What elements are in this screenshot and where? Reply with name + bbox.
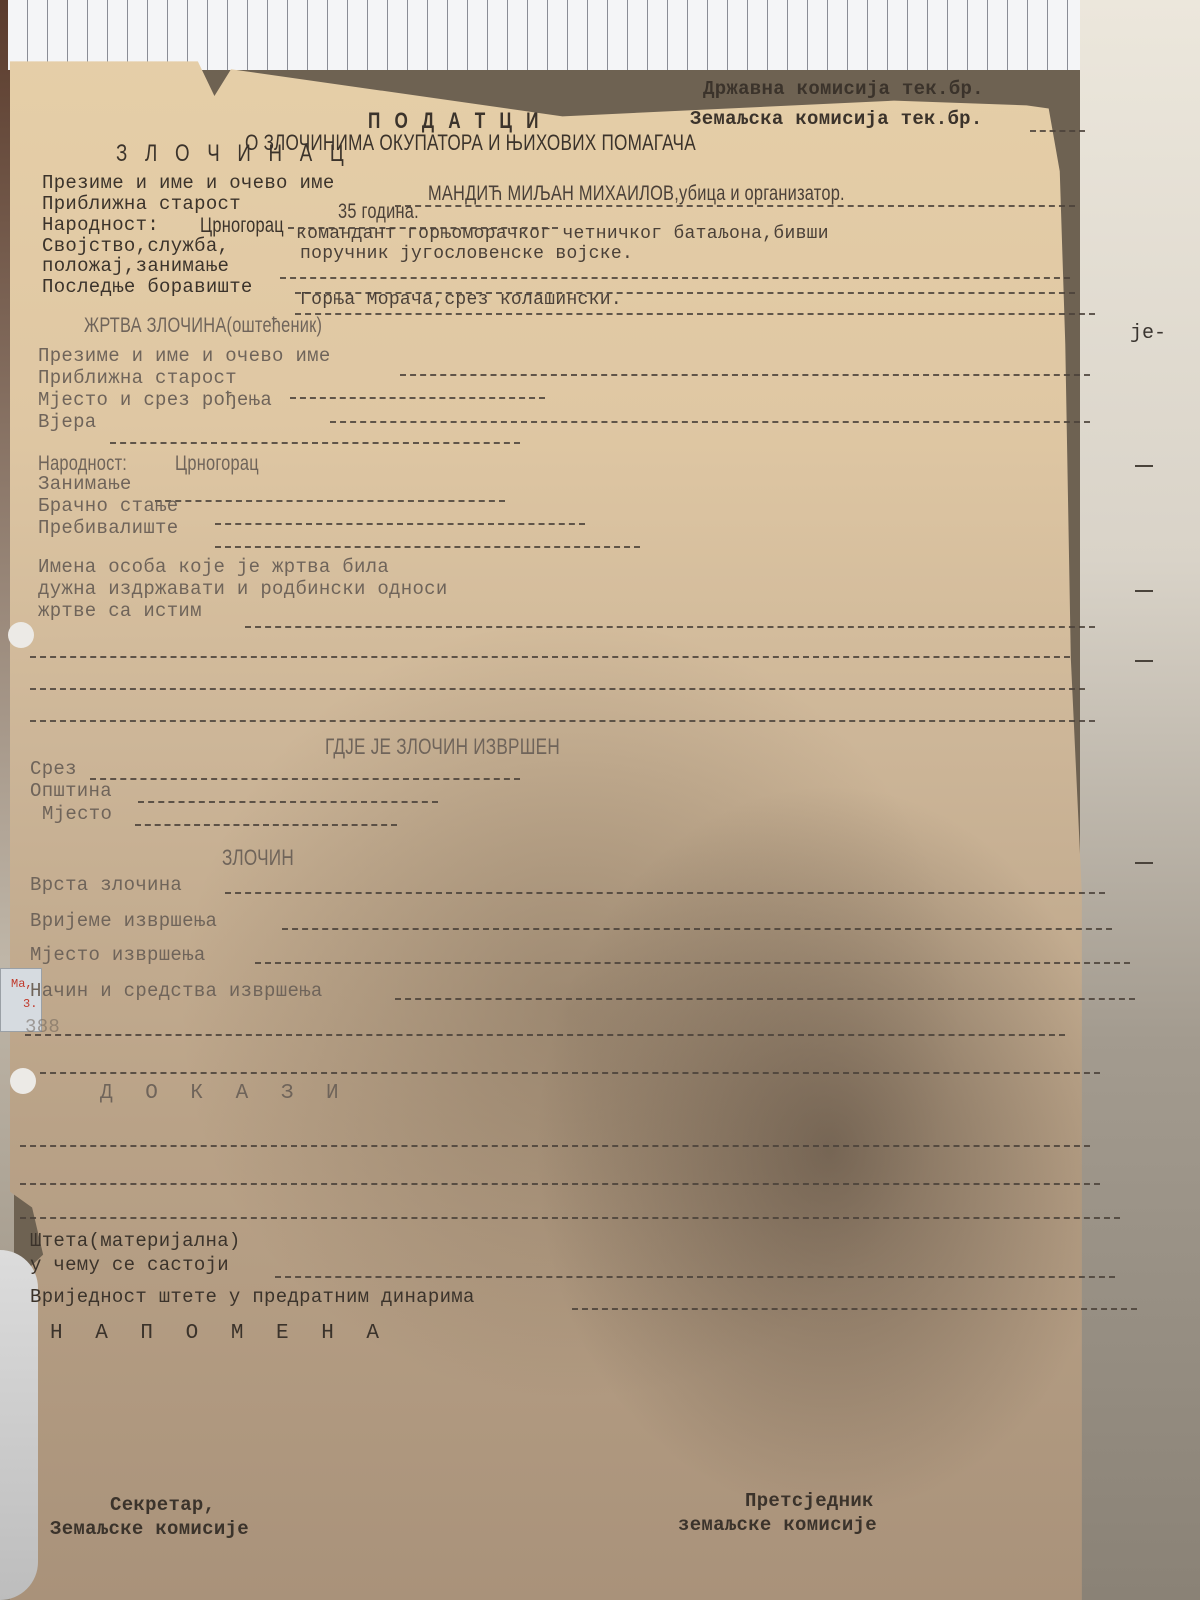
adjacent-page-mark: [1135, 660, 1153, 662]
victim-dependents-field[interactable]: [245, 626, 1095, 628]
crime-place-label: Мјесто извршења: [30, 944, 206, 966]
punch-hole: [10, 1068, 36, 1094]
president-signature-label: Претсједник: [745, 1490, 874, 1512]
perpetrator-residence-label: Последње боравиште: [42, 276, 253, 298]
victim-age-field[interactable]: [290, 397, 545, 399]
damage-value-field[interactable]: [572, 1308, 1137, 1310]
perpetrator-role-value: командант горњоморачког четничког батаљо…: [296, 224, 829, 244]
crime-method-label: Начин и средства извршења: [30, 980, 323, 1002]
perpetrator-position-label: положај,занимање: [42, 255, 229, 277]
crime-type-field[interactable]: [225, 892, 1105, 894]
punch-hole: [8, 622, 34, 648]
location-municipality-label: Општина: [30, 780, 112, 802]
state-commission-ref: Државна комисија тек.бр.: [703, 78, 984, 100]
location-place-label: Мјесто: [42, 803, 112, 825]
crime-method-field[interactable]: [395, 998, 1135, 1000]
secretary-signature-label: Земаљске комисије: [50, 1518, 249, 1540]
crime-method-field[interactable]: [25, 1034, 1065, 1036]
damage-consists-field[interactable]: [275, 1276, 1115, 1278]
perpetrator-age-label: Приближна старост: [42, 193, 241, 215]
adjacent-page: је-: [1080, 0, 1200, 1600]
perpetrator-role-label: Својство,служба,: [42, 235, 229, 257]
perpetrator-heading: З Л О Ч И Н А Ц: [116, 140, 350, 168]
perpetrator-residence-field-top: [295, 292, 1075, 294]
victim-religion-label: Вјера: [38, 411, 97, 433]
victim-dependents-label: жртве са истим: [38, 600, 202, 622]
perpetrator-residence-field[interactable]: [295, 313, 1095, 315]
perpetrator-name-field[interactable]: [395, 205, 1075, 207]
victim-marital-field[interactable]: [215, 523, 585, 525]
perpetrator-position-field[interactable]: [280, 277, 1070, 279]
victim-dependents-label: Имена особа које је жртва била: [38, 556, 389, 578]
victim-marital-label: Брачно стање: [38, 495, 178, 517]
perpetrator-name-label: Презиме и име и очево име: [42, 172, 335, 194]
crime-method-field[interactable]: [40, 1072, 1100, 1074]
victim-heading: ЖРТВА ЗЛОЧИНА(оштећеник): [84, 314, 322, 338]
note-heading: Н А П О М Е Н А: [50, 1322, 389, 1345]
background-notebook-page: [8, 0, 1098, 70]
perpetrator-name-value: МАНДИЋ МИЉАН МИХАИЛОВ,убица и организато…: [428, 182, 845, 206]
victim-occupation-field[interactable]: [155, 500, 505, 502]
adjacent-page-mark: [1135, 465, 1153, 467]
victim-name-label: Презиме и име и очево име: [38, 345, 331, 367]
damage-heading: Штета(материјална): [30, 1230, 241, 1252]
crime-place-field[interactable]: [255, 962, 1130, 964]
crime-time-field[interactable]: [282, 928, 1112, 930]
victim-occupation-label: Занимање: [38, 473, 132, 495]
victim-dependents-field[interactable]: [30, 720, 1095, 722]
location-district-label: Срез: [30, 758, 77, 780]
perpetrator-age-value: 35 година.: [338, 200, 419, 224]
crime-heading: ЗЛОЧИН: [222, 845, 294, 871]
perpetrator-position-value: поручник југословенске војске.: [300, 244, 633, 264]
victim-name-field[interactable]: [400, 374, 1090, 376]
victim-nationality-value: Црногорац: [175, 452, 259, 476]
president-signature-label: земаљске комисије: [678, 1514, 877, 1536]
evidence-field[interactable]: [20, 1217, 1120, 1219]
secretary-signature-label: Секретар,: [110, 1494, 215, 1516]
evidence-field[interactable]: [20, 1145, 1090, 1147]
damage-consists-label: у чему се састоји: [30, 1254, 229, 1276]
victim-dependents-field[interactable]: [30, 688, 1085, 690]
location-district-field[interactable]: [90, 778, 520, 780]
regional-commission-ref: Земаљска комисија тек.бр.: [690, 108, 983, 130]
damage-value-label: Вриједност штете у предратним динарима: [30, 1286, 475, 1308]
victim-residence-field[interactable]: [215, 546, 640, 548]
crime-time-label: Вријеме извршења: [30, 910, 217, 932]
adjacent-page-mark: [1135, 862, 1153, 864]
regional-commission-ref-field[interactable]: [1030, 130, 1085, 132]
location-place-field[interactable]: [135, 824, 397, 826]
victim-dependents-field[interactable]: [30, 656, 1070, 658]
victim-dependents-label: дужна издржавати и родбински односи: [38, 578, 448, 600]
location-heading: ГДЈЕ ЈЕ ЗЛОЧИН ИЗВРШЕН: [325, 734, 560, 760]
victim-birthplace-field[interactable]: [330, 421, 1090, 423]
adjacent-page-mark: [1135, 590, 1153, 592]
location-municipality-field[interactable]: [138, 801, 438, 803]
victim-religion-field[interactable]: [110, 442, 520, 444]
adjacent-page-text: је-: [1130, 322, 1166, 345]
evidence-field[interactable]: [20, 1183, 1100, 1185]
crime-type-label: Врста злочина: [30, 874, 182, 896]
evidence-heading: Д О К А З И: [100, 1082, 349, 1105]
victim-residence-label: Пребивалиште: [38, 517, 178, 539]
perpetrator-nationality-label: Народност:: [42, 214, 159, 236]
victim-age-label: Приближна старост: [38, 367, 237, 389]
victim-birthplace-label: Мјесто и срез рођења: [38, 389, 272, 411]
